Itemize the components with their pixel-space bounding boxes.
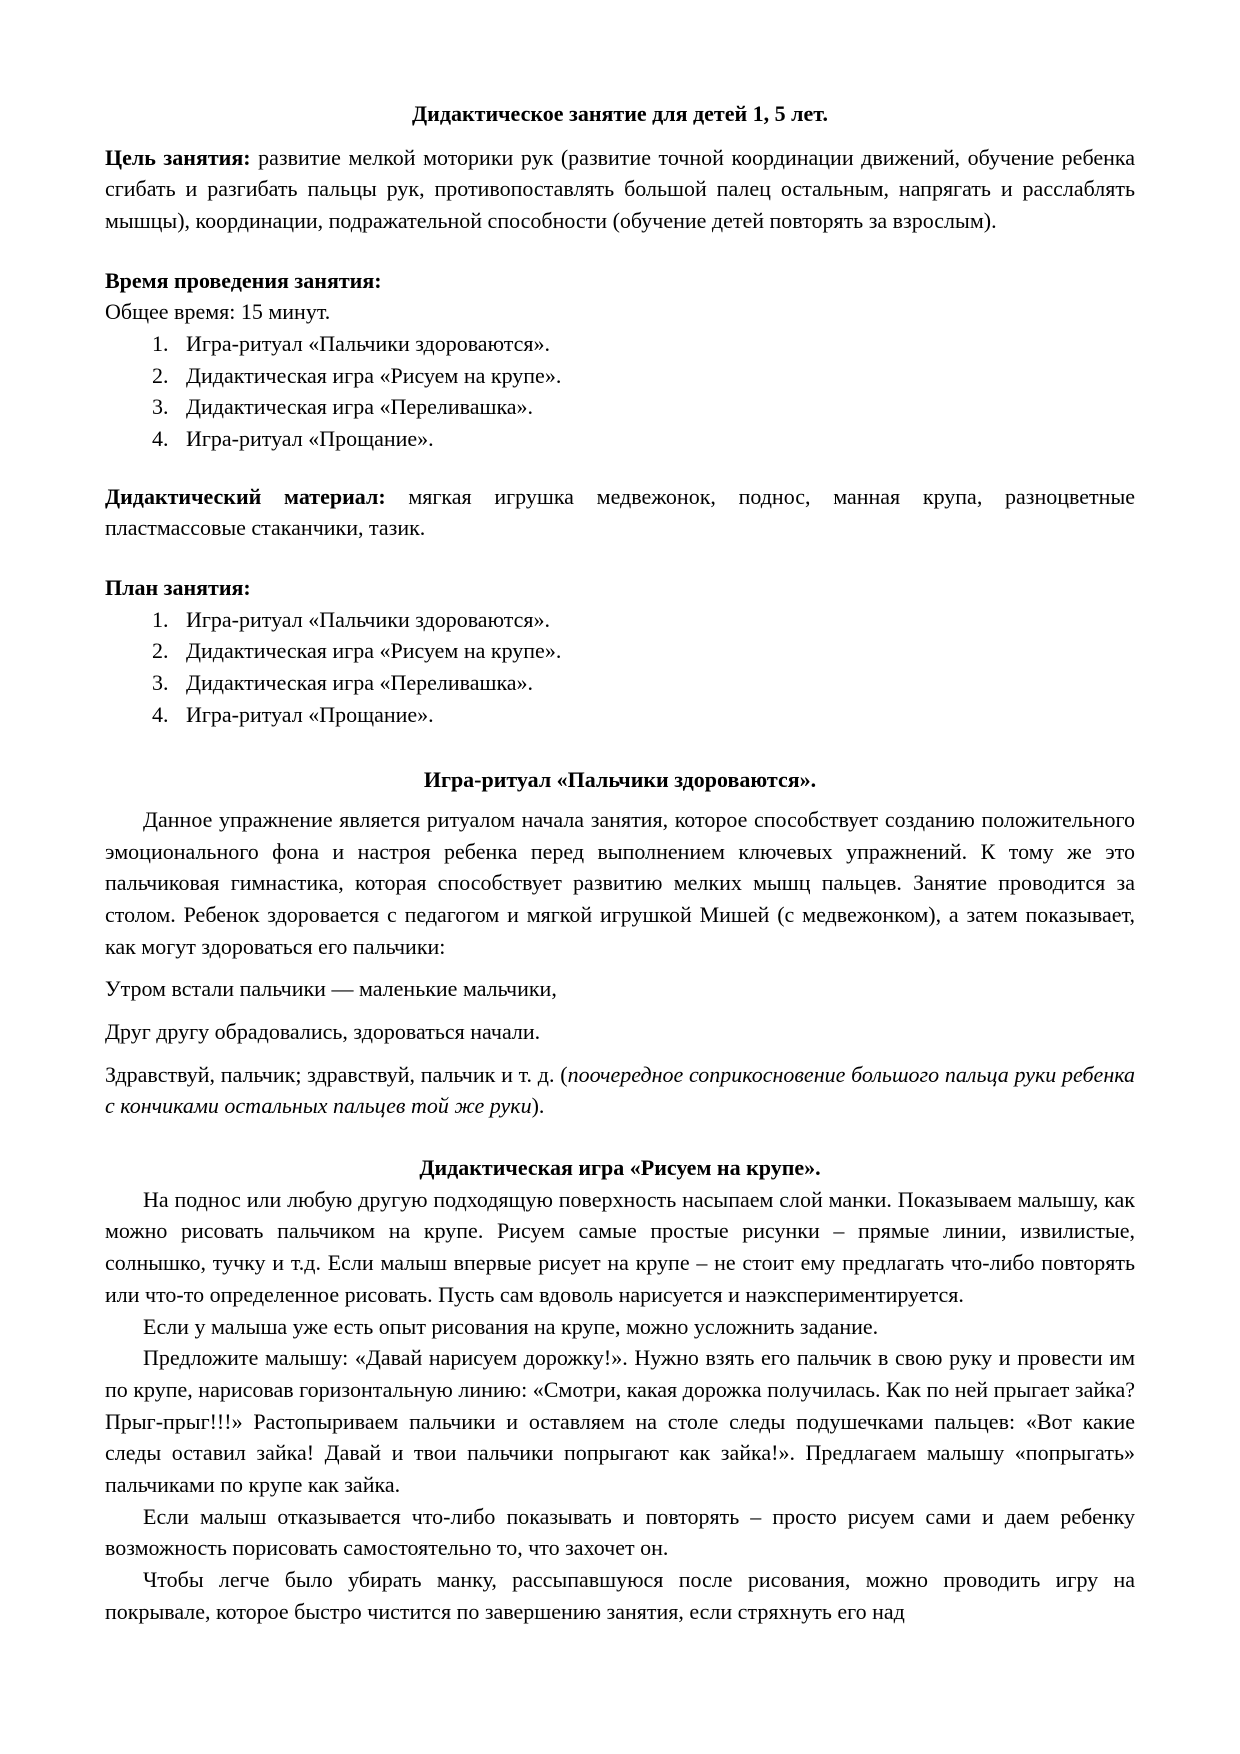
list-item: 4.Игра-ритуал «Прощание». — [152, 423, 1135, 455]
game2-paragraph-3: Предложите малышу: «Давай нарисуем дорож… — [105, 1342, 1135, 1500]
game2-heading: Дидактическая игра «Рисуем на крупе». — [105, 1152, 1135, 1184]
list-item-label: Дидактическая игра «Переливашка». — [186, 667, 533, 699]
list-item-number: 2. — [152, 635, 186, 667]
game2-paragraph-1: На поднос или любую другую подходящую по… — [105, 1184, 1135, 1311]
greeting-regular-text: Здравствуй, пальчик; здравствуй, пальчик… — [105, 1062, 568, 1087]
list-item-label: Дидактическая игра «Рисуем на крупе». — [186, 635, 561, 667]
rhyme-line-1: Утром встали пальчики — маленькие мальчи… — [105, 973, 1135, 1005]
list-item-number: 3. — [152, 391, 186, 423]
time-section-heading: Время проведения занятия: — [105, 265, 1135, 297]
list-item: 3.Дидактическая игра «Переливашка». — [152, 667, 1135, 699]
list-item: 2.Дидактическая игра «Рисуем на крупе». — [152, 360, 1135, 392]
goal-label: Цель занятия: — [105, 145, 251, 170]
goal-text: развитие мелкой моторики рук (развитие т… — [105, 145, 1135, 233]
list-item-number: 4. — [152, 699, 186, 731]
list-item: 4.Игра-ритуал «Прощание». — [152, 699, 1135, 731]
list-item: 3.Дидактическая игра «Переливашка». — [152, 391, 1135, 423]
list-item: 1.Игра-ритуал «Пальчики здороваются». — [152, 328, 1135, 360]
rhyme-line-2: Друг другу обрадовались, здороваться нач… — [105, 1016, 1135, 1048]
game1-heading: Игра-ритуал «Пальчики здороваются». — [105, 764, 1135, 796]
game2-paragraph-5: Чтобы легче было убирать манку, рассыпав… — [105, 1564, 1135, 1627]
total-time-line: Общее время: 15 минут. — [105, 296, 1135, 328]
game2-paragraph-2: Если у малыша уже есть опыт рисования на… — [105, 1311, 1135, 1343]
document-page: Дидактическое занятие для детей 1, 5 лет… — [0, 0, 1240, 1754]
materials-paragraph: Дидактический материал: мягкая игрушка м… — [105, 481, 1135, 544]
list-item-label: Игра-ритуал «Прощание». — [186, 423, 434, 455]
list-item: 1.Игра-ритуал «Пальчики здороваются». — [152, 604, 1135, 636]
list-item-label: Игра-ритуал «Пальчики здороваются». — [186, 604, 550, 636]
goal-paragraph: Цель занятия: развитие мелкой моторики р… — [105, 142, 1135, 237]
list-item-number: 1. — [152, 604, 186, 636]
game1-intro-paragraph: Данное упражнение является ритуалом нача… — [105, 804, 1135, 962]
greeting-tail-text: ). — [532, 1093, 545, 1118]
list-item-label: Игра-ритуал «Пальчики здороваются». — [186, 328, 550, 360]
list-item-number: 4. — [152, 423, 186, 455]
game2-paragraph-4: Если малыш отказывается что-либо показыв… — [105, 1501, 1135, 1564]
page-title: Дидактическое занятие для детей 1, 5 лет… — [105, 98, 1135, 130]
list-item: 2.Дидактическая игра «Рисуем на крупе». — [152, 635, 1135, 667]
list-item-label: Игра-ритуал «Прощание». — [186, 699, 434, 731]
greeting-paragraph: Здравствуй, пальчик; здравствуй, пальчик… — [105, 1059, 1135, 1122]
list-item-number: 3. — [152, 667, 186, 699]
list-item-number: 1. — [152, 328, 186, 360]
list-item-label: Дидактическая игра «Рисуем на крупе». — [186, 360, 561, 392]
list-item-label: Дидактическая игра «Переливашка». — [186, 391, 533, 423]
materials-label: Дидактический материал: — [105, 484, 386, 509]
plan-heading: План занятия: — [105, 572, 1135, 604]
plan-list: 1.Игра-ритуал «Пальчики здороваются». 2.… — [105, 604, 1135, 731]
time-list: 1.Игра-ритуал «Пальчики здороваются». 2.… — [105, 328, 1135, 455]
list-item-number: 2. — [152, 360, 186, 392]
